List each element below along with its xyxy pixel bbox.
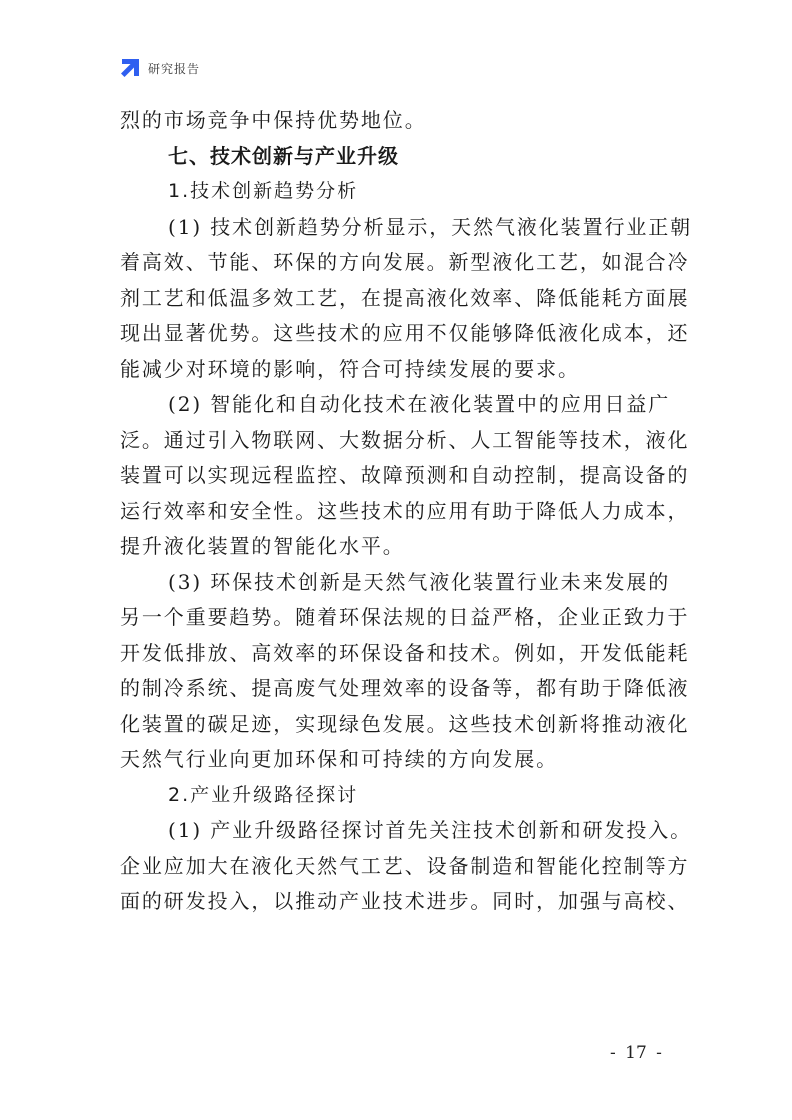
paragraph-line: 烈的市场竞争中保持优势地位。 [120,103,672,139]
subsection-heading: 2.产业升级路径探讨 [120,778,672,814]
paragraph-line: 现出显著优势。这些技术的应用不仅能够降低液化成本，还 [120,316,672,352]
paragraph-line: 的制冷系统、提高废气处理效率的设备等，都有助于降低液 [120,671,672,707]
paragraph-line: (2) 智能化和自动化技术在液化装置中的应用日益广 [120,387,672,423]
document-body: 烈的市场竞争中保持优势地位。七、技术创新与产业升级1.技术创新趋势分析(1) 技… [120,103,672,920]
header-title: 研究报告 [148,60,200,77]
paragraph-line: 开发低排放、高效率的环保设备和技术。例如，开发低能耗 [120,636,672,672]
paragraph-line: 剂工艺和低温多效工艺，在提高液化效率、降低能耗方面展 [120,281,672,317]
paragraph-line: 装置可以实现远程监控、故障预测和自动控制，提高设备的 [120,458,672,494]
paragraph-line: (1) 技术创新趋势分析显示，天然气液化装置行业正朝 [120,210,672,246]
paragraph-line: 能减少对环境的影响，符合可持续发展的要求。 [120,352,672,388]
paragraph-line: 企业应加大在液化天然气工艺、设备制造和智能化控制等方 [120,849,672,885]
paragraph-line: 着高效、节能、环保的方向发展。新型液化工艺，如混合冷 [120,245,672,281]
paragraph-line: 另一个重要趋势。随着环保法规的日益严格，企业正致力于 [120,600,672,636]
section-heading: 七、技术创新与产业升级 [120,139,672,175]
paragraph-line: 天然气行业向更加环保和可持续的方向发展。 [120,742,672,778]
paragraph-line: 面的研发投入，以推动产业技术进步。同时，加强与高校、 [120,884,672,920]
paragraph-line: (3) 环保技术创新是天然气液化装置行业未来发展的 [120,565,672,601]
report-header: 研究报告 [120,58,200,78]
arrow-logo-icon [120,58,140,78]
paragraph-line: 化装置的碳足迹，实现绿色发展。这些技术创新将推动液化 [120,707,672,743]
paragraph-line: 泛。通过引入物联网、大数据分析、人工智能等技术，液化 [120,423,672,459]
paragraph-line: 运行效率和安全性。这些技术的应用有助于降低人力成本， [120,494,672,530]
paragraph-line: 提升液化装置的智能化水平。 [120,529,672,565]
subsection-heading: 1.技术创新趋势分析 [120,174,672,210]
paragraph-line: (1) 产业升级路径探讨首先关注技术创新和研发投入。 [120,813,672,849]
page-number: - 17 - [610,1043,662,1063]
